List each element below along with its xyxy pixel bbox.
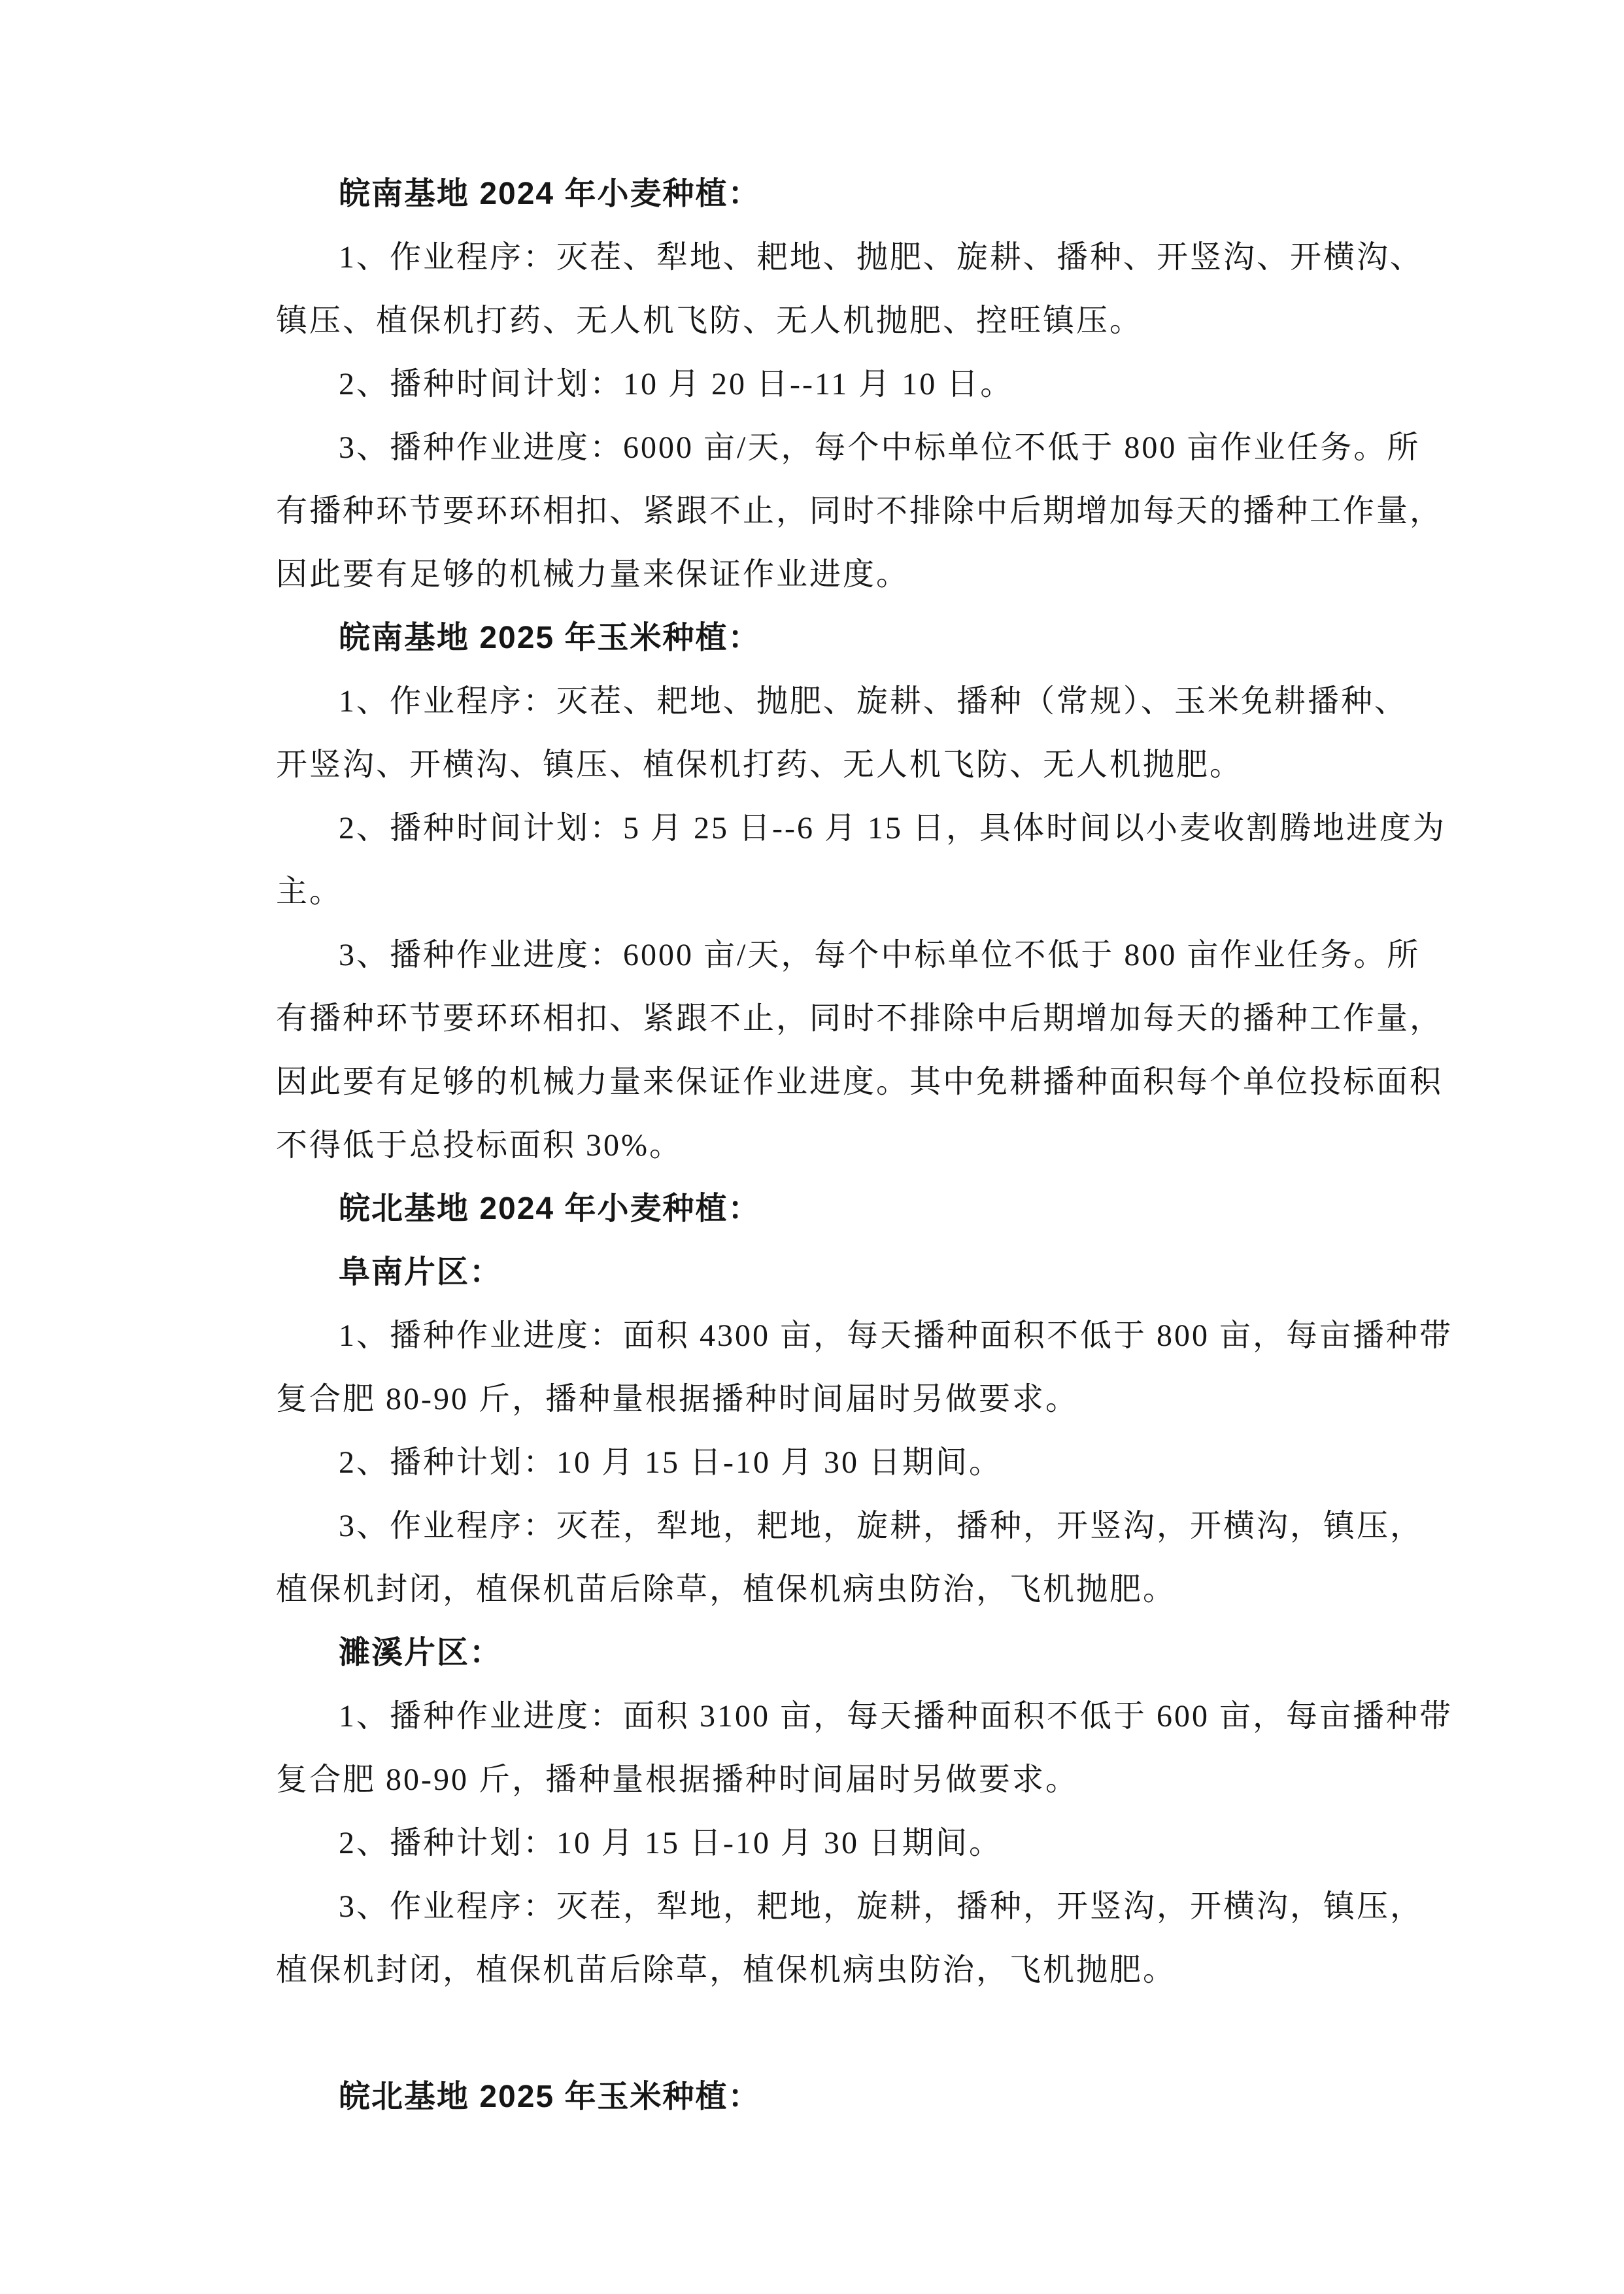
section-heading: 皖北基地 2024 年小麦种植： — [276, 1177, 1433, 1241]
text-line: 复合肥 80-90 斤，播种量根据播种时间届时另做要求。 — [276, 1367, 1433, 1431]
text-line: 因此要有足够的机械力量来保证作业进度。其中免耕播种面积每个单位投标面积 — [276, 1050, 1433, 1114]
text-line: 1、作业程序：灭茬、犁地、耙地、抛肥、旋耕、播种、开竖沟、开横沟、 — [276, 226, 1433, 289]
text-line: 2、播种计划：10 月 15 日-10 月 30 日期间。 — [276, 1431, 1433, 1494]
text-line: 2、播种时间计划：10 月 20 日--11 月 10 日。 — [276, 352, 1433, 416]
text-line: 1、播种作业进度：面积 3100 亩，每天播种面积不低于 600 亩，每亩播种带 — [276, 1685, 1433, 1748]
text-line: 1、播种作业进度：面积 4300 亩，每天播种面积不低于 800 亩，每亩播种带 — [276, 1304, 1433, 1367]
section-heading: 皖南基地 2025 年玉米种植： — [276, 606, 1433, 670]
text-line: 植保机封闭，植保机苗后除草，植保机病虫防治，飞机抛肥。 — [276, 1938, 1433, 2002]
text-line: 3、播种作业进度：6000 亩/天，每个中标单位不低于 800 亩作业任务。所 — [276, 416, 1433, 479]
text-line: 因此要有足够的机械力量来保证作业进度。 — [276, 543, 1433, 606]
section-heading: 皖南基地 2024 年小麦种植： — [276, 162, 1433, 226]
document-page: 皖南基地 2024 年小麦种植：1、作业程序：灭茬、犁地、耙地、抛肥、旋耕、播种… — [0, 0, 1624, 2294]
section-heading: 阜南片区： — [276, 1241, 1433, 1304]
text-line: 不得低于总投标面积 30%。 — [276, 1114, 1433, 1177]
text-line: 镇压、植保机打药、无人机飞防、无人机抛肥、控旺镇压。 — [276, 289, 1433, 352]
text-line: 植保机封闭，植保机苗后除草，植保机病虫防治，飞机抛肥。 — [276, 1558, 1433, 1621]
text-line: 主。 — [276, 860, 1433, 923]
text-line: 开竖沟、开横沟、镇压、植保机打药、无人机飞防、无人机抛肥。 — [276, 733, 1433, 796]
text-line: 2、播种计划：10 月 15 日-10 月 30 日期间。 — [276, 1811, 1433, 1875]
text-line: 3、作业程序：灭茬，犁地，耙地，旋耕，播种，开竖沟，开横沟，镇压， — [276, 1494, 1433, 1558]
text-line: 3、作业程序：灭茬，犁地，耙地，旋耕，播种，开竖沟，开横沟，镇压， — [276, 1875, 1433, 1938]
text-line: 2、播种时间计划：5 月 25 日--6 月 15 日，具体时间以小麦收割腾地进… — [276, 796, 1433, 860]
text-line: 1、作业程序：灭茬、耙地、抛肥、旋耕、播种（常规）、玉米免耕播种、 — [276, 670, 1433, 733]
section-heading: 濉溪片区： — [276, 1621, 1433, 1685]
text-line: 有播种环节要环环相扣、紧跟不止，同时不排除中后期增加每天的播种工作量， — [276, 987, 1433, 1050]
section-heading: 皖北基地 2025 年玉米种植： — [276, 2065, 1433, 2129]
text-line: 3、播种作业进度：6000 亩/天，每个中标单位不低于 800 亩作业任务。所 — [276, 923, 1433, 987]
text-line: 有播种环节要环环相扣、紧跟不止，同时不排除中后期增加每天的播种工作量， — [276, 479, 1433, 543]
text-line: 复合肥 80-90 斤，播种量根据播种时间届时另做要求。 — [276, 1748, 1433, 1811]
text-line — [276, 2002, 1433, 2065]
